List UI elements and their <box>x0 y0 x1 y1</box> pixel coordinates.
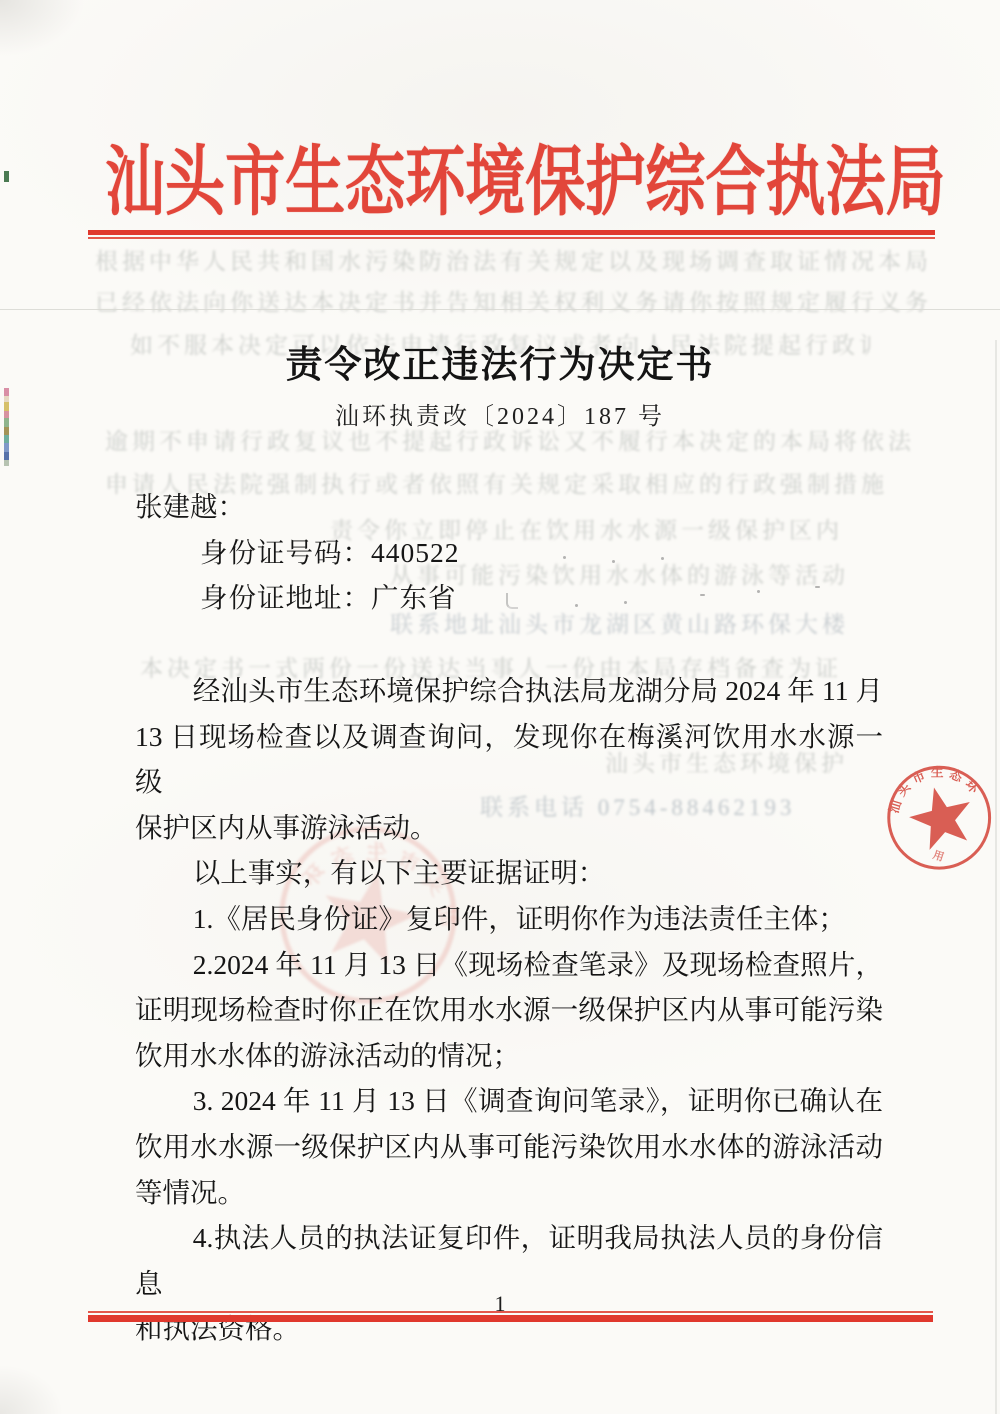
body-line: 以上事实，有以下主要证据证明： <box>135 850 883 896</box>
redaction-residue <box>815 586 820 588</box>
body-line: 饮用水水源一级保护区内从事可能污染饮用水水体的游泳活动 <box>135 1124 883 1170</box>
id-label: 身份证号码： <box>200 537 371 568</box>
body-line: 2.2024 年 11 月 13 日《现场检查笔录》及现场检查照片， <box>135 942 883 988</box>
body-line: 3. 2024 年 11 月 13 日《调查询问笔录》，证明你已确认在 <box>135 1078 883 1124</box>
address-label: 身份证地址： <box>200 582 371 613</box>
redaction-residue <box>612 560 615 563</box>
recipient-address-line: 身份证地址：广东省 <box>200 575 457 615</box>
letterhead-rule-thick <box>88 230 935 235</box>
id-value: 440522 <box>371 537 460 568</box>
letterhead-rule-thin <box>88 237 935 239</box>
document-number: 汕环执责改〔2024〕187 号 <box>0 396 1000 431</box>
bleedthrough-text: 联系地址汕头市龙湖区黄山路环保大楼 <box>390 606 935 639</box>
scan-crease-line <box>0 309 1000 310</box>
bleedthrough-text: 根据中华人民共和国水污染防治法有关规定以及现场调查取证情况本局 <box>95 243 940 276</box>
page-number: 1 <box>0 1291 1000 1317</box>
body-line: 等情况。 <box>135 1170 883 1216</box>
body-line: 13 日现场检查以及调查询问，发现你在梅溪河饮用水水源一级 <box>135 714 883 805</box>
body-line: 饮用水水体的游泳活动的情况； <box>135 1033 883 1079</box>
recipient-id-line: 身份证号码：440522 <box>200 530 460 570</box>
redaction-residue <box>563 556 566 559</box>
body-line: 经汕头市生态环境保护综合执法局龙湖分局 2024 年 11 月 <box>135 668 883 714</box>
document-body: 经汕头市生态环境保护综合执法局龙湖分局 2024 年 11 月 13 日现场检查… <box>135 668 883 1352</box>
body-line: 证明现场检查时你正在饮用水水源一级保护区内从事可能污染 <box>135 987 883 1033</box>
agency-letterhead: 汕头市生态环境保护综合执法局 <box>105 136 895 231</box>
official-seal: 汕头市生态环 用 <box>874 706 1000 936</box>
redaction-residue <box>661 557 664 560</box>
document-title: 责令改正违法行为决定书 <box>0 334 1000 388</box>
bleedthrough-text: 从事可能污染饮用水水体的游泳等活动 <box>390 557 935 590</box>
redaction-residue <box>575 604 578 607</box>
body-line: 保护区内从事游泳活动。 <box>135 805 883 851</box>
redaction-residue <box>757 590 760 593</box>
redaction-residue <box>506 593 518 609</box>
scan-edge-mark <box>4 171 9 182</box>
svg-text:用: 用 <box>931 848 945 864</box>
address-value: 广东省 <box>371 582 457 613</box>
redaction-residue <box>624 601 627 604</box>
redaction-residue <box>700 594 705 596</box>
body-line: 1.《居民身份证》复印件，证明你作为违法责任主体； <box>135 896 883 942</box>
scanned-document-page: 根据中华人民共和国水污染防治法有关规定以及现场调查取证情况本局 已经依法向你送达… <box>0 0 1000 1414</box>
recipient-name: 张建越： <box>135 484 245 524</box>
bleedthrough-text: 已经依法向你送达本决定书并告知相关权利义务请你按照规定履行义务 <box>95 284 940 317</box>
